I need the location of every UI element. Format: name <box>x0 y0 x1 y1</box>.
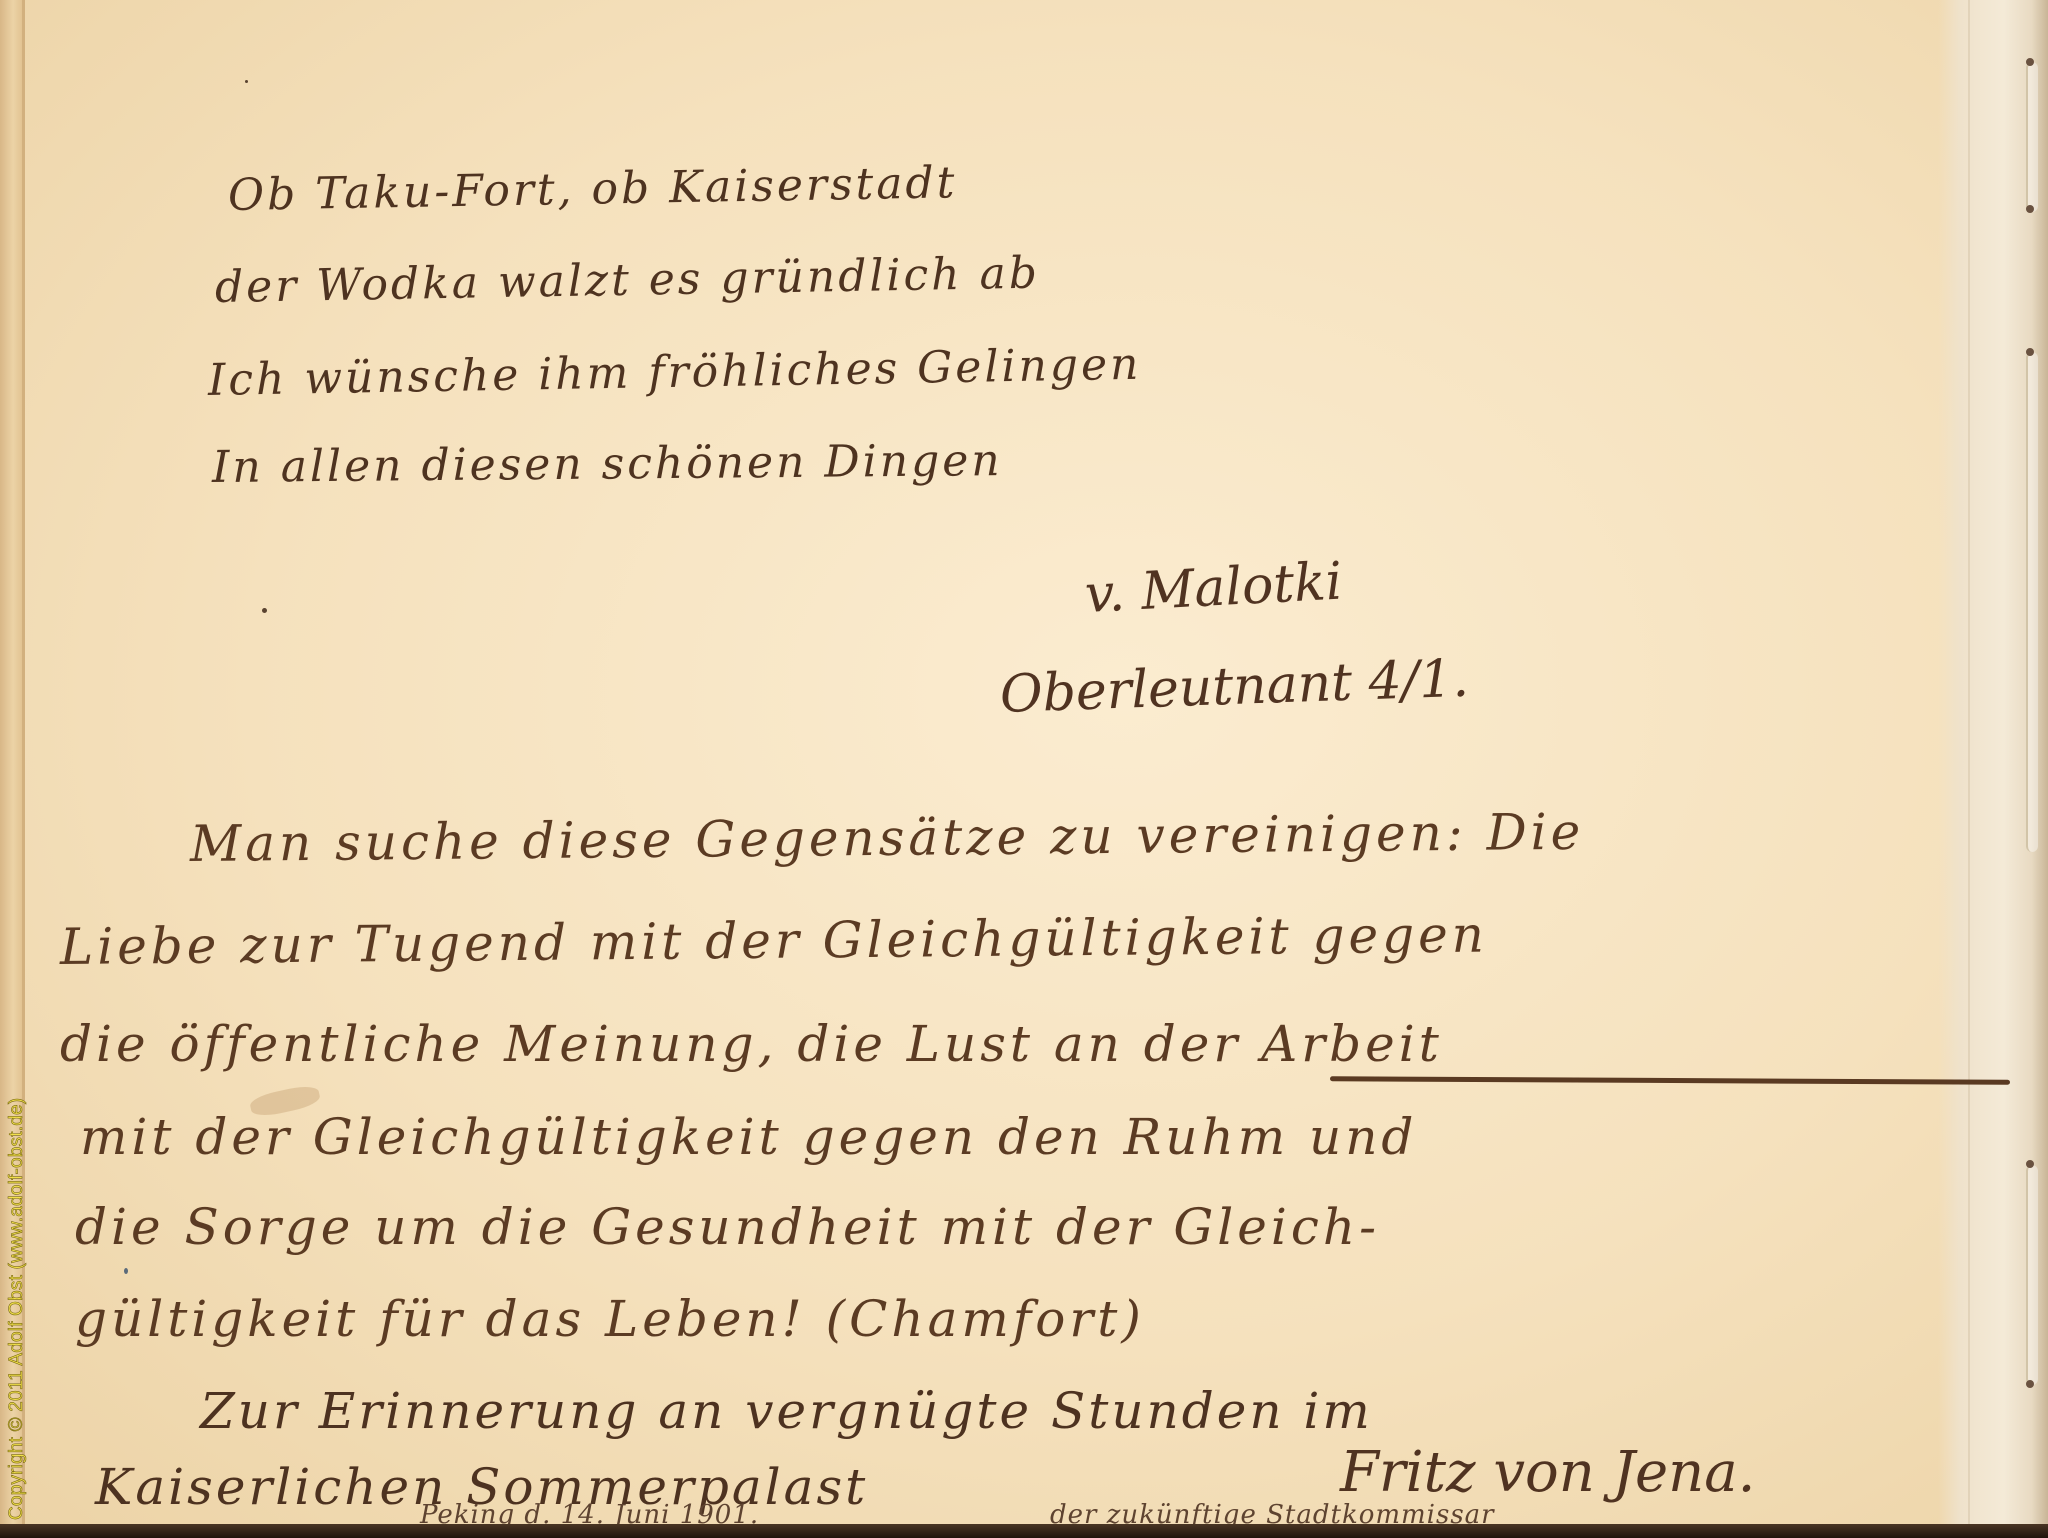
binding-bottom-band <box>0 1524 2048 1538</box>
quote-line-1: Man suche diese Gegensätze zu vereinigen… <box>190 803 1585 873</box>
underline-lust-an-der-arbeit <box>1330 1076 2010 1085</box>
poem-line-4: In allen diesen schönen Dingen <box>212 435 1003 493</box>
closing-line-1: Zur Erinnerung an vergnügte Stunden im <box>200 1382 1373 1440</box>
binding-stitch <box>2026 62 2038 212</box>
quote-line-4: mit der Gleichgültigkeit gegen den Ruhm … <box>80 1108 1417 1166</box>
stitch-hole <box>2026 205 2034 213</box>
quote-line-3: die öffentliche Meinung, die Lust an der… <box>60 1015 1443 1073</box>
quote-line-6: gültigkeit für das Leben! (Chamfort) <box>75 1290 1145 1348</box>
signature-malotki: v. Malotki <box>1083 552 1343 625</box>
quote-line-2: Liebe zur Tugend mit der Gleichgültigkei… <box>60 906 1488 976</box>
poem-line-2: der Wodka walzt es gründlich ab <box>215 248 1041 313</box>
stitch-hole <box>2026 1380 2034 1388</box>
signature-fritz-von-jena: Fritz von Jena. <box>1340 1440 1755 1505</box>
paper-speck <box>124 1268 128 1274</box>
stitch-hole <box>2026 58 2034 66</box>
poem-line-1: Ob Taku-Fort, ob Kaiserstadt <box>228 157 958 221</box>
stitch-hole <box>2026 348 2034 356</box>
album-page: Ob Taku-Fort, ob Kaiserstadt der Wodka w… <box>0 0 2048 1538</box>
poem-line-3: Ich wünsche ihm fröhliches Gelingen <box>208 339 1142 406</box>
rank-oberleutnant: Oberleutnant 4/1. <box>999 649 1470 725</box>
stitch-hole <box>2026 1160 2034 1168</box>
paper-speck <box>245 80 248 83</box>
binding-stitch <box>2026 352 2038 852</box>
gutter-fold-line <box>1968 0 1970 1538</box>
copyright-watermark: Copyright © 2011 Adolf Obst (www.adolf-o… <box>6 1098 28 1520</box>
quote-line-5: die Sorge um die Gesundheit mit der Glei… <box>75 1198 1380 1256</box>
binding-stitch <box>2026 1165 2038 1385</box>
paper-speck <box>262 608 267 613</box>
